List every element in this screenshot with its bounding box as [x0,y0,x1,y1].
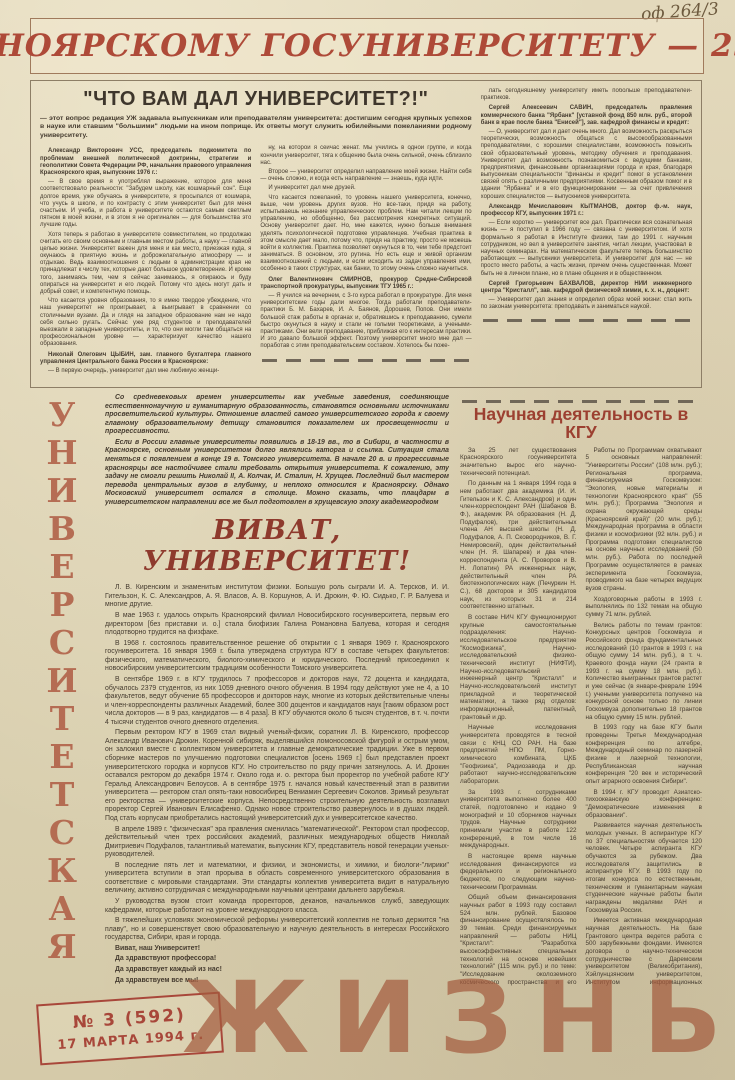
masthead-banner: КРАСНОЯРСКОМУ ГОСУНИВЕРСИТЕТУ — 25 ЛЕТ [30,18,704,74]
paragraph: Научные исследования университета провод… [460,724,577,785]
interview-column-3: лать сегодняшнему университету иметь поб… [481,88,692,380]
vivat-headline: ВИВАТ, УНИВЕРСИТЕТ! [105,515,449,577]
nameplate-vertical: УНИВЕРСИТЕТСКАЯ [30,394,94,986]
paragraph: Сергей Алексеевич САВИН, председатель пр… [481,105,692,127]
interview-section: "ЧТО ВАМ ДАЛ УНИВЕРСИТЕТ?!" — этот вопро… [30,80,702,388]
paragraph: В сентябре 1969 г. в КГУ трудилось 7 про… [105,676,449,727]
paragraph: В 1993 году на базе КГУ были проведены Т… [586,724,703,785]
nameplate-letter: Р [30,586,94,624]
paragraph: Что касается пожеланий, то уровень нашег… [260,195,471,274]
paragraph: В апреле 1989 г. "физическая" эра правле… [105,826,449,860]
nameplate-letter: Е [30,548,94,586]
vivat-article: Со средневековых времен университеты как… [105,394,449,986]
nameplate-letter: Т [30,700,94,738]
nameplate-letter: И [30,472,94,510]
dash-separator [483,319,690,322]
nameplate-letter: В [30,510,94,548]
paragraph: — В первую очередь, университет дал мне … [40,368,251,375]
paragraph: В последние пять лет и математики, и физ… [105,862,449,896]
paragraph: И университет дал мне друзей. [260,185,471,192]
paragraph: лать сегодняшнему университету иметь поб… [481,88,692,102]
paragraph: В 1968 г. состоялось правительственное р… [105,640,449,674]
paragraph: В 1994 г. КГУ проводит Азиатско-тихоокеа… [586,789,703,820]
paragraph: Александр Мечиславович КЫТМАНОВ, доктор … [481,204,692,218]
paragraph: У руководства вузом стоит команда прорек… [105,898,449,915]
nameplate-letter: Ж [182,969,309,1068]
vivat-body: Л. В. Киренским и знаменитым институтом … [105,584,449,986]
paragraph: Сергей Григорьевич БАХВАЛОВ, директор НИ… [481,281,692,295]
paragraph: Второе — университет определил направлен… [260,169,471,183]
nameplate-horizontal: ЖИЗНЬ [182,962,722,1074]
paragraph: ну, на которой я сейчас женат. Мы училис… [260,145,471,167]
newspaper-page: оф 264/3 КРАСНОЯРСКОМУ ГОСУНИВЕРСИТЕТУ —… [0,0,735,1080]
nameplate-letter: И [30,662,94,700]
science-article: Научная деятельность в КГУ За 25 лет сущ… [460,394,702,986]
nameplate-letter: С [30,814,94,852]
dash-separator [262,359,469,362]
science-headline: Научная деятельность в КГУ [460,405,702,442]
vivat-intro: Со средневековых времен университеты как… [105,394,449,507]
interview-column-3-text: лать сегодняшнему университету иметь поб… [481,88,692,313]
nameplate-letter: С [30,624,94,662]
paragraph: По данным на 1 января 1994 года в нем ра… [460,480,577,610]
paragraph: Со средневековых времен университеты как… [105,394,449,437]
paragraph: Олег Валентинович СМИРНОВ, прокурор Сред… [260,277,471,291]
interview-column-2-text: ну, на которой я сейчас женат. Мы училис… [260,145,471,352]
paragraph: В настоящее время научные исследования ф… [460,853,577,891]
paragraph: — В свое время я употреблял выражение, к… [40,179,251,229]
nameplate-letter: Е [30,738,94,776]
nameplate-letter: Т [30,776,94,814]
paragraph: Хотя теперь я работаю в университете сов… [40,232,251,297]
masthead-title: КРАСНОЯРСКОМУ ГОСУНИВЕРСИТЕТУ — 25 ЛЕТ [0,28,735,64]
paragraph: В составе НИЧ КГУ функционируют крупные … [460,614,577,721]
paragraph: В тяжелейших условиях экономической рефо… [105,917,449,943]
paragraph: Если в России главные университеты появи… [105,439,449,508]
nameplate-letter: З [439,969,513,1068]
paragraph: Николай Олегович ЦЫБИН, зам. главного бу… [40,352,251,366]
paragraph: — Я учился на вечернем, с 3-го курса раб… [260,293,471,351]
paragraph: Виват, наш Университет! [105,945,449,954]
nameplate-letter: Н [30,434,94,472]
paragraph: — О, университет дал и дает очень много.… [481,129,692,201]
science-body: За 25 лет существования Красноярского го… [460,447,702,986]
interview-column-2: ну, на которой я сейчас женат. Мы училис… [260,145,471,380]
paragraph: За 25 лет существования Красноярского го… [460,447,577,478]
nameplate-letter: Я [30,928,94,966]
nameplate-letter: Н [534,969,621,1068]
interview-lead: — этот вопрос редакция УЖ задавала выпус… [40,115,472,140]
paragraph: Первым ректором КГУ в 1969 стал видный у… [105,729,449,823]
paragraph: В мае 1963 г. удалось открыть Красноярск… [105,612,449,638]
nameplate-letter: К [30,852,94,890]
nameplate-letter: И [331,969,418,1068]
dash-separator [462,400,700,403]
interview-column-1-text: Александр Викторович УСС, председатель п… [40,145,251,377]
interview-headline: "ЧТО ВАМ ДАЛ УНИВЕРСИТЕТ?!" [40,88,472,111]
nameplate-letter: А [30,890,94,928]
paragraph: — Если коротко — университет все дал. Пр… [481,220,692,278]
nameplate-letter: Ь [643,969,722,1068]
paragraph: Развивается научная деятельность молодых… [586,822,703,914]
paragraph: За 1993 г. сотрудниками университета вып… [460,789,577,850]
paragraph: Работы по Программам охватывают 5 основн… [586,447,703,593]
paragraph: Александр Викторович УСС, председатель п… [40,148,251,177]
paragraph: Велись работы по темам грантов: Конкурсн… [586,622,703,722]
interview-column-1: Александр Викторович УСС, председатель п… [40,145,251,380]
paragraph: Л. В. Киренским и знаменитым институтом … [105,584,449,610]
paragraph: Что касается уровня образования, то я им… [40,298,251,348]
paragraph: Хоздоговорные работы в 1993 г. выполняли… [586,596,703,619]
paragraph: — Университет дал знания и определил обр… [481,297,692,311]
nameplate-letter: У [30,396,94,434]
